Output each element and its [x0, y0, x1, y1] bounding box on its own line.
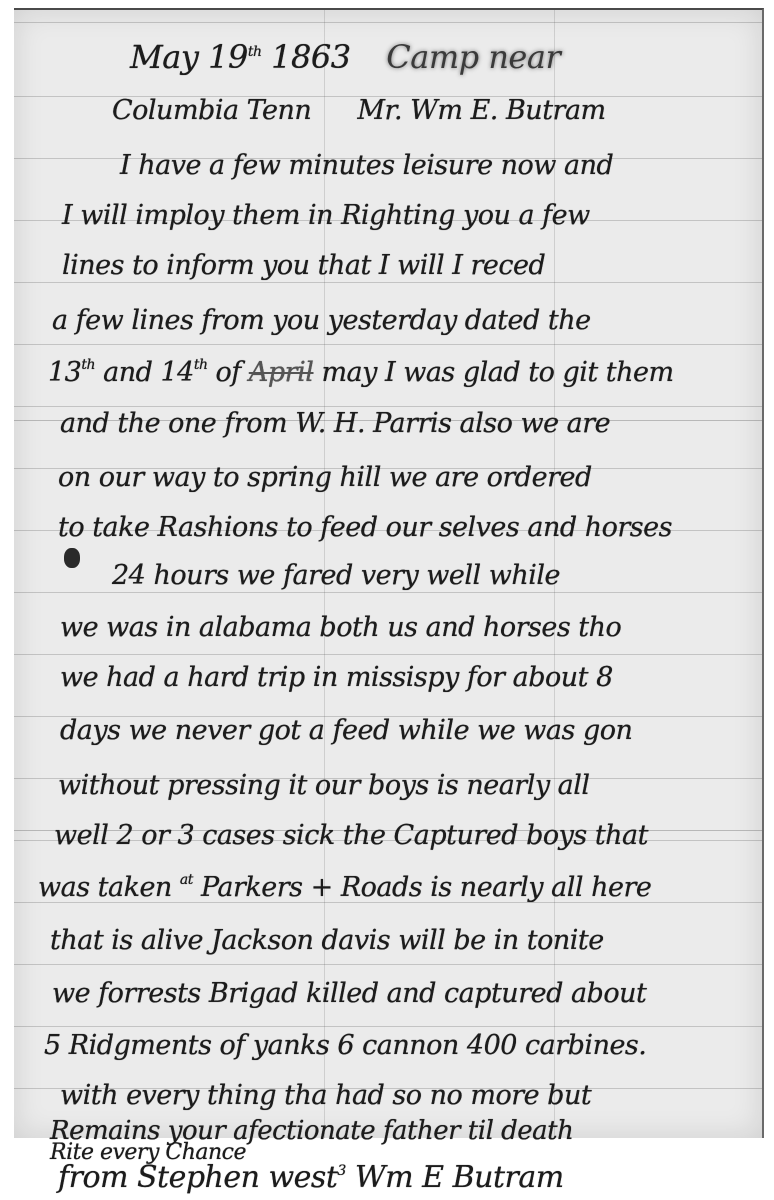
- letter-line: I will imploy them in Righting you a few: [62, 200, 590, 231]
- letter-line: lines to inform you that I will I reced: [62, 250, 545, 281]
- letter-line: on our way to spring hill we are ordered: [58, 462, 592, 493]
- letter-line: days we never got a feed while we was go…: [60, 715, 632, 746]
- inserted-word: at: [180, 872, 193, 888]
- letter-line: a few lines from you yesterday dated the: [52, 305, 591, 336]
- signature-sup: 3: [337, 1163, 345, 1179]
- date-day: 19: [208, 38, 248, 76]
- line-text: Parkers + Roads is nearly all here: [193, 872, 651, 903]
- letter-line: 5 Ridgments of yanks 6 cannon 400 carbin…: [44, 1030, 646, 1061]
- date-year: 1863: [271, 38, 350, 76]
- letter-line: well 2 or 3 cases sick the Captured boys…: [54, 820, 648, 851]
- letter-line: I have a few minutes leisure now and: [120, 150, 613, 181]
- letter-line: with every thing tha had so no more but: [60, 1080, 591, 1111]
- struck-word: April: [249, 357, 313, 388]
- date-place-note: Camp near: [386, 38, 560, 76]
- line-sup: th: [81, 357, 95, 373]
- line-text: of: [207, 357, 248, 388]
- line-text: and 14: [95, 357, 194, 388]
- letter-addressee: Mr. Wm E. Butram: [357, 95, 605, 126]
- line-text: 13: [48, 357, 81, 388]
- line-sup: th: [194, 357, 208, 373]
- handwritten-letter: May 19th 1863 Camp near Columbia Tenn Mr…: [0, 0, 774, 1200]
- letter-line: to take Rashions to feed our selves and …: [58, 512, 672, 543]
- letter-line: we forrests Brigad killed and captured a…: [52, 978, 646, 1009]
- letter-line: 24 hours we fared very well while: [112, 560, 560, 591]
- signature-name: Wm E Butram: [355, 1160, 564, 1195]
- ink-blot: [64, 548, 80, 568]
- letter-signature: from Stephen west3 Wm E Butram: [58, 1160, 564, 1195]
- letter-line: and the one from W. H. Parris also we ar…: [60, 408, 610, 439]
- line-text: may I was glad to git them: [313, 357, 673, 388]
- date-month: May: [130, 38, 198, 76]
- letter-location: Columbia Tenn: [112, 95, 311, 126]
- letter-header: Columbia Tenn Mr. Wm E. Butram: [112, 95, 606, 126]
- line-text: was taken: [38, 872, 180, 903]
- letter-date: May 19th 1863 Camp near: [130, 38, 560, 76]
- letter-line: we had a hard trip in missispy for about…: [60, 662, 613, 693]
- date-ordinal: th: [248, 44, 262, 60]
- signature-from: from Stephen west: [58, 1160, 337, 1195]
- letter-line: 13th and 14th of April may I was glad to…: [48, 357, 674, 388]
- letter-line: we was in alabama both us and horses tho: [60, 612, 621, 643]
- letter-line: was taken at Parkers + Roads is nearly a…: [38, 872, 651, 903]
- letter-line: that is alive Jackson davis will be in t…: [50, 925, 604, 956]
- letter-line: without pressing it our boys is nearly a…: [58, 770, 590, 801]
